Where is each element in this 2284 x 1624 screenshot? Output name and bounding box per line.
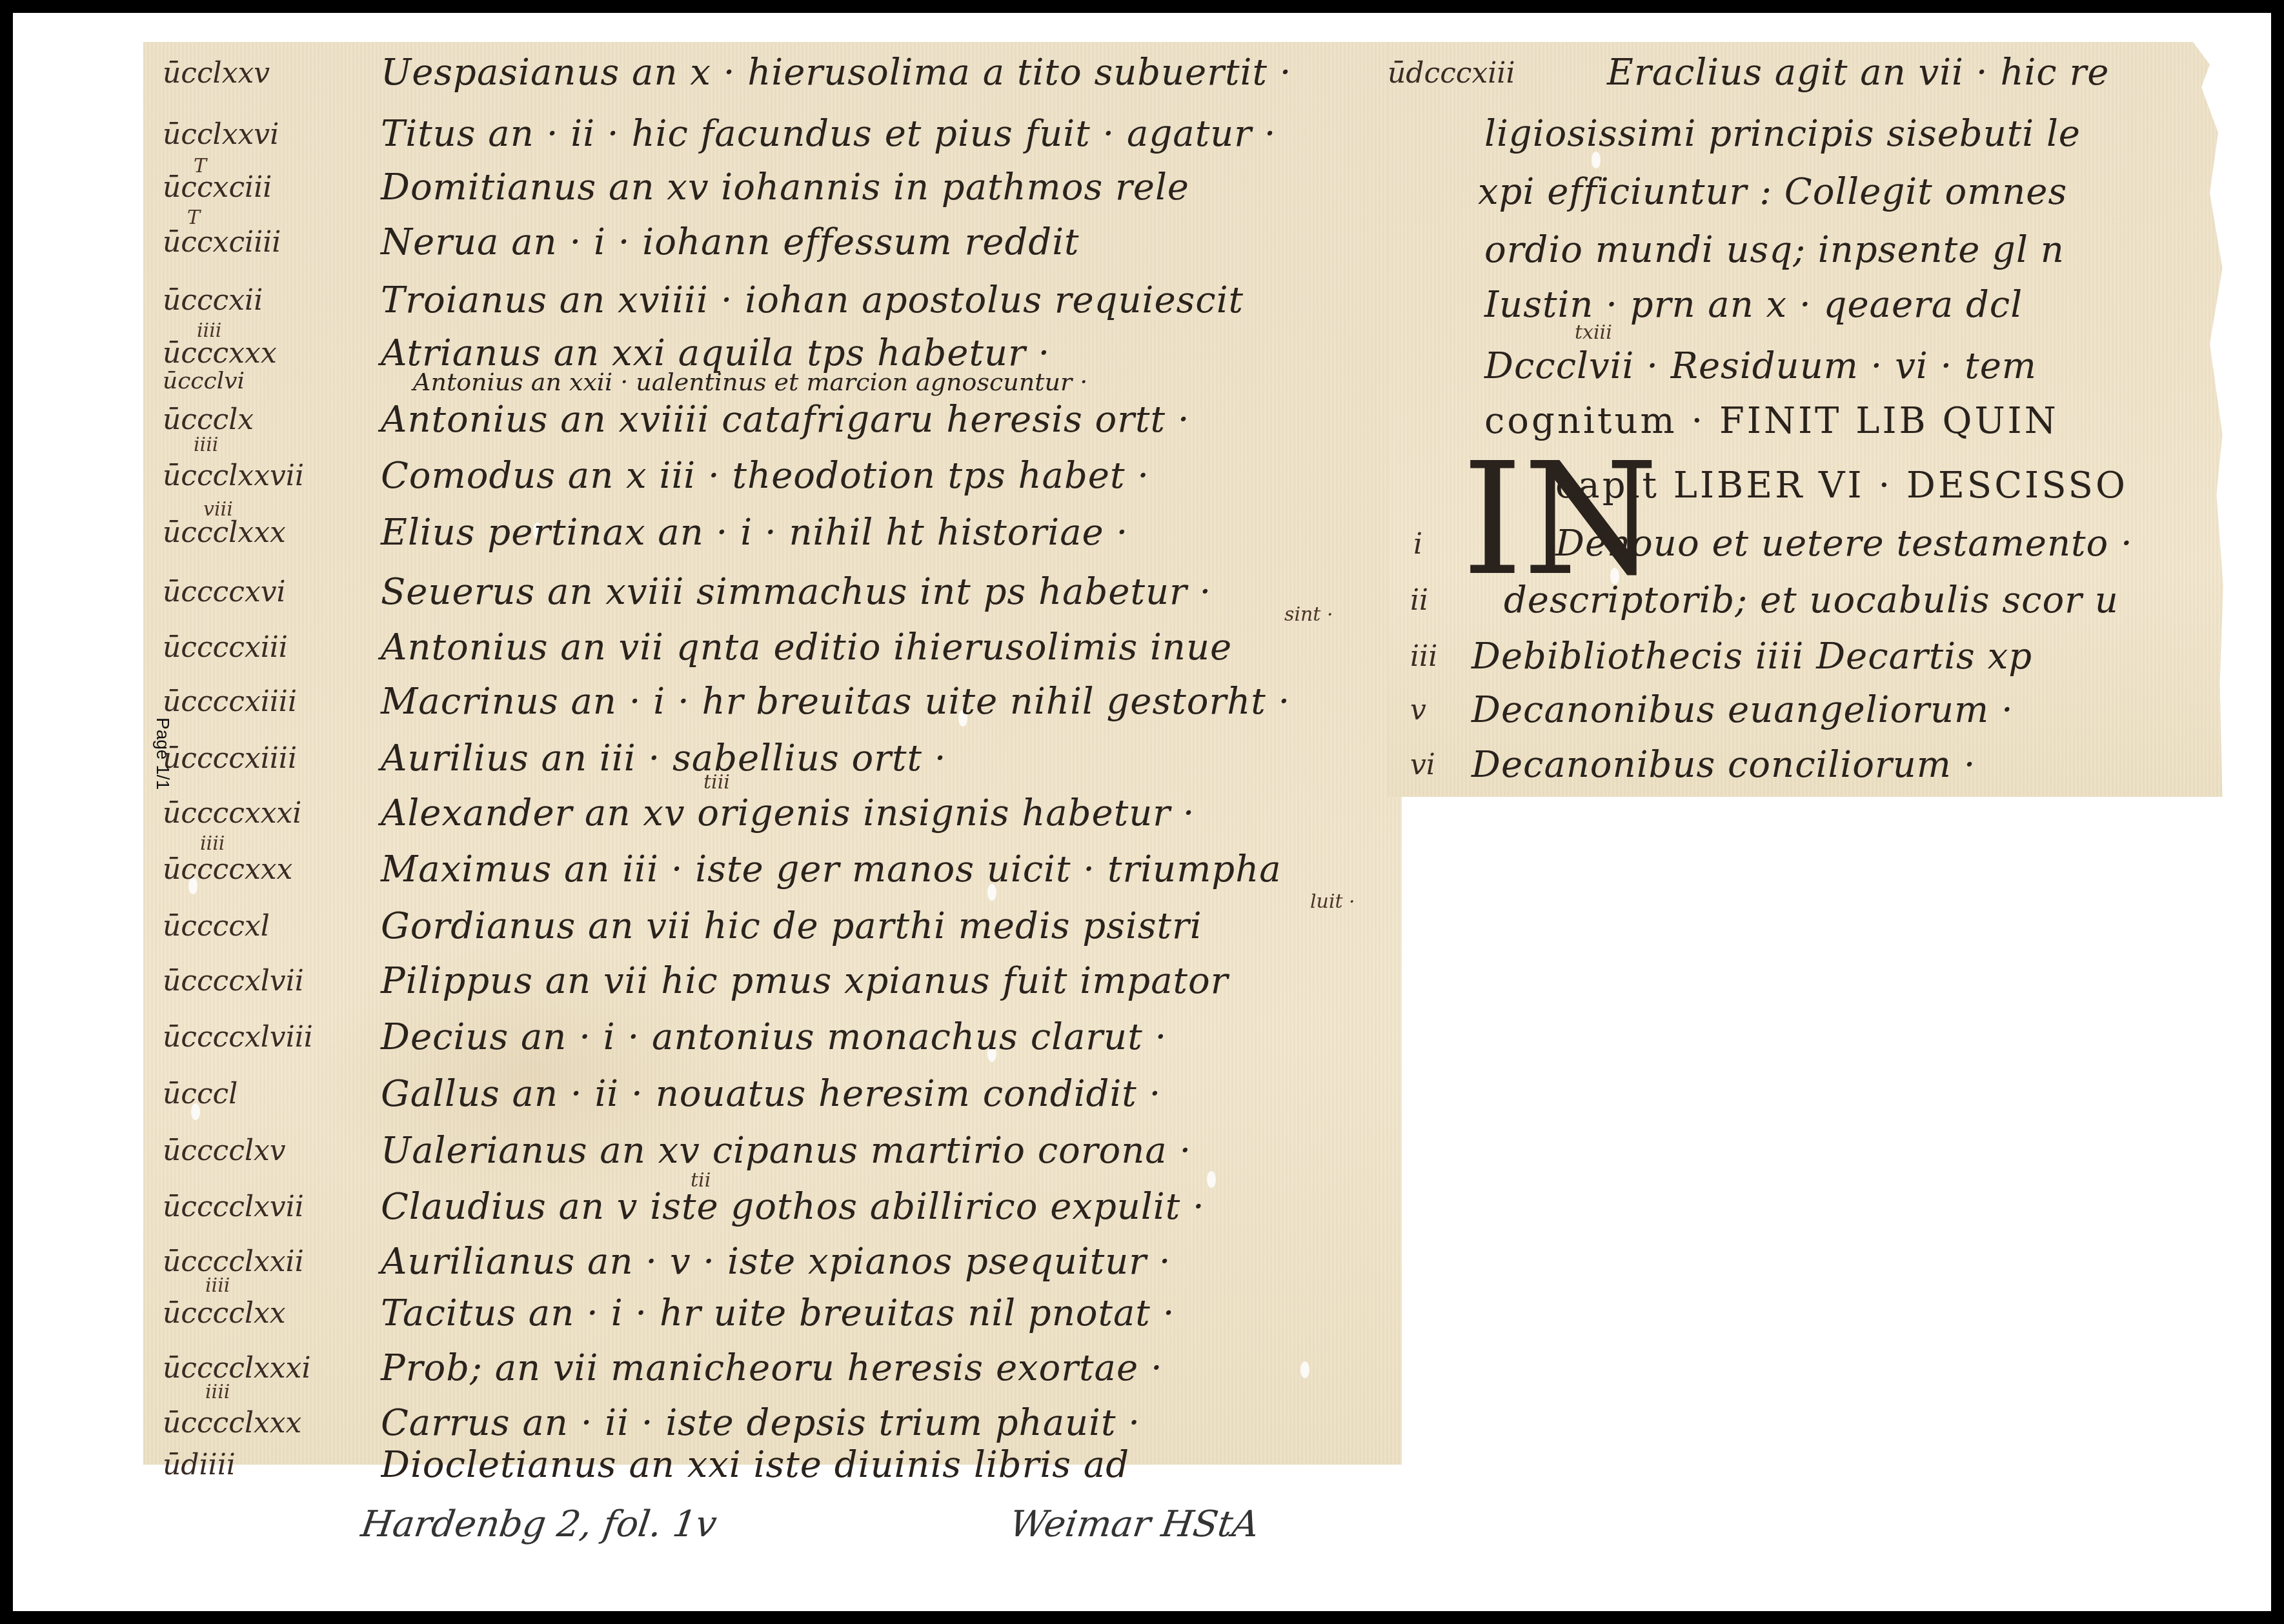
chronicle-line: Prob; an vii manicheoru heresis exortae … [381,1347,1163,1389]
interlinear-line: Antonius an xxii · ualentinus et marcion… [413,368,1087,396]
chronicle-line: Pilippus an vii hic pmus xpianus fuit im… [381,960,1229,1002]
chapter-title: Debibliothecis iiii Decartis xp [1471,636,2032,677]
year-number: ūccccxxxi [163,797,301,830]
chapter-title: Decanonibus euangeliorum · [1471,689,2014,731]
superscript: txiii [1575,321,1612,344]
hole [1300,1361,1309,1378]
year-number: ūccccxvi [163,576,286,608]
chronicle-line: xpi efficiuntur : Collegit omnes [1478,171,2067,213]
year-number: ūcccxxx [163,337,277,370]
chronicle-line: Antonius an vii qnta editio ihierusolimi… [381,627,1232,668]
page-label: Page 1/1 [152,717,173,790]
superscript: iiii [205,1381,230,1403]
chronicle-line: Gallus an · ii · nouatus heresim condidi… [381,1073,1161,1115]
chronicle-line: Gordianus an vii hic de parthi medis psi… [381,905,1202,947]
year-number: ūccccxiiii [163,742,297,775]
chronicle-line: Ualerianus an xv cipanus martirio corona… [381,1130,1191,1172]
chronicle-line: Troianus an xviiii · iohan apostolus req… [381,279,1244,321]
chronicle-line: Dccclvii · Residuum · vi · tem [1484,345,2037,387]
year-number: ūccccxiiii [163,685,297,718]
year-number: ūcccclxx [163,1297,286,1330]
superscript: iiii [200,832,225,855]
superscript: iiii [205,1274,230,1297]
chronicle-line: ordio mundi usq; inpsente gl n [1484,229,2065,271]
chronicle-line: Aurilianus an · v · iste xpianos psequit… [381,1241,1171,1283]
shelfmark-caption: Hardenbg 2, fol. 1v [358,1503,719,1545]
year-number: ūcccclxv [163,1134,286,1167]
chapter-number: ii [1410,584,1428,617]
year-number: ūccccxl [163,910,270,943]
chronicle-line: Elius pertinax an · i · nihil ht histori… [381,512,1128,554]
margin-note: luit · [1310,890,1355,913]
chapter-number: iii [1410,640,1437,673]
year-number: ūccccxlvii [163,965,304,997]
year-number: ūcclxxvi [163,118,279,151]
chronicle-line: Uespasianus an x · hierusolima a tito su… [381,52,1292,94]
chronicle-line: Iustin · prn an x · qeaera dcl [1484,284,2023,326]
year-number: ūcccclxxx [163,1407,301,1439]
chronicle-line: Eraclius agit an vii · hic re [1607,52,2109,94]
chronicle-line: Macrinus an · i · hr breuitas uite nihil… [381,681,1290,723]
chapter-title: descriptorib; et uocabulis scor u [1504,579,2119,621]
year-number: ūccxciii [163,171,272,204]
year-number: ūccccxiii [163,631,288,664]
year-number: ūcccclxvii [163,1190,304,1223]
margin-note: sint · [1284,603,1333,626]
year-number: ūcccclxxxi [163,1352,311,1385]
superscript: iiii [194,434,218,456]
year-number: ūccxciiii [163,226,281,259]
chronicle-line: Antonius an xviiii catafrigaru heresis o… [381,399,1190,441]
chronicle-line: Nerua an · i · iohann effessum reddit [381,221,1080,263]
chapter-heading: capit LIBER VI · DESCISSO [1555,465,2128,506]
chronicle-line: Titus an · ii · hic facundus et pius fui… [381,113,1277,155]
year-number: ūccclx [163,403,254,436]
chapter-title: Denouo et uetere testamento · [1555,523,2133,565]
year-number: ūccclvi [163,368,245,394]
year-number: ūcccclxxii [163,1245,304,1278]
chronicle-line: Maximus an iii · iste ger manos uicit · … [381,848,1282,890]
chronicle-line: ligiosissimi principis sisebuti le [1484,113,2081,155]
archive-caption: Weimar HStA [1007,1503,1261,1545]
hole [1207,1171,1216,1188]
year-number: ūccccxxx [163,853,292,886]
year-number: ūcclxxv [163,57,270,90]
chronicle-line: Tacitus an · i · hr uite breuitas nil pn… [381,1292,1175,1334]
chronicle-line: Claudius an v iste gothos abillirico exp… [381,1186,1205,1228]
chapter-title: Decanonibus conciliorum · [1471,744,1976,786]
chronicle-line: Domitianus an xv iohannis in pathmos rel… [381,166,1189,208]
chronicle-line: Aurilius an iii · sabellius ortt · [381,737,947,779]
chronicle-line: Alexander an xv origenis insignis habetu… [381,792,1195,834]
superscript: tiii [703,771,730,794]
chronicle-line: Carrus an · ii · iste depsis trium phaui… [381,1402,1140,1444]
chapter-number: i [1413,528,1422,561]
chronicle-line: Decius an · i · antonius monachus clarut… [381,1016,1167,1058]
year-number: ūcccxii [163,284,263,317]
chapter-number: vi [1410,748,1435,781]
chronicle-line: Seuerus an xviii simmachus int ps habetu… [381,571,1211,613]
year-number: ūcccl [163,1078,237,1110]
chronicle-line: Comodus an x iii · theodotion tps habet … [381,455,1149,497]
year-number: ūdcccxiii [1388,57,1515,90]
year-number: ūccclxxvii [163,459,304,492]
year-number: ūccccxlviii [163,1021,313,1054]
chapter-number: v [1410,694,1426,727]
year-number: ūccclxxx [163,516,286,549]
year-number: ūdiiii [163,1449,236,1481]
